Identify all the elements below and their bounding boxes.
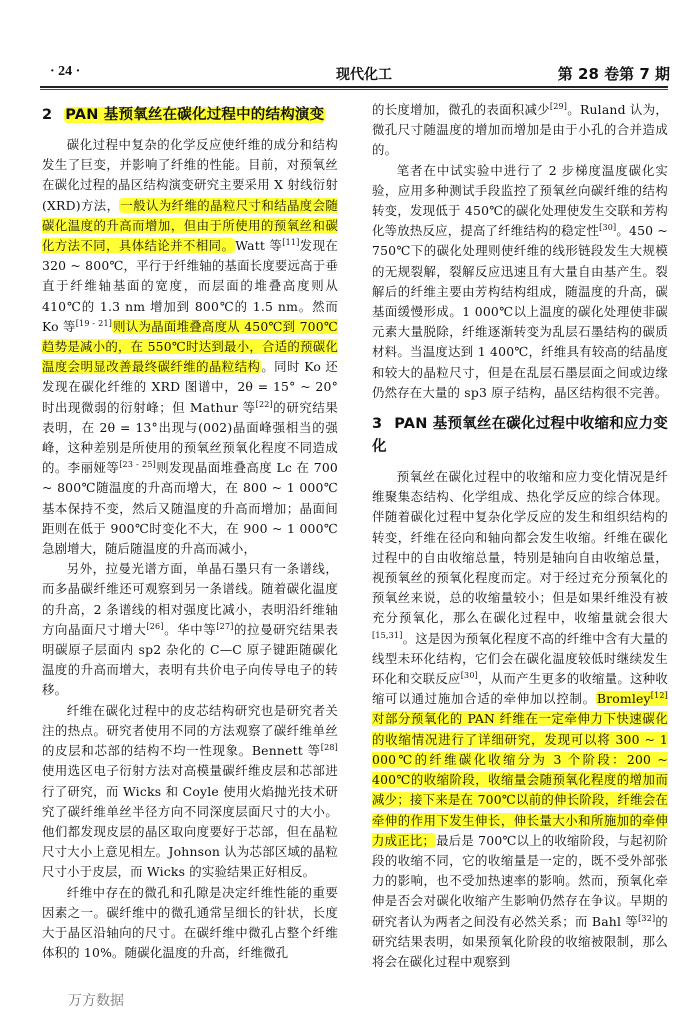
journal-title: 现代化工	[336, 64, 392, 84]
citation: [23 - 25]	[119, 460, 156, 469]
paragraph: 纤维中存在的微孔和孔隙是决定纤维性能的重要因素之一。碳纤维中的微孔通常呈细长的针…	[42, 883, 338, 964]
running-header: · 24 · 现代化工 第 28 卷第 7 期	[40, 60, 680, 84]
header-rule-thin	[40, 89, 668, 90]
paragraph: 另外，拉曼光谱方面，单晶石墨只有一条谱线，而多晶碳纤维还可观察到另一条谱线。随着…	[42, 559, 338, 700]
citation: [32]	[638, 913, 655, 922]
citation: [26]	[146, 622, 163, 631]
header-rule-thick	[40, 86, 668, 88]
paragraph: 碳化过程中复杂的化学反应使纤维的成分和结构发生了巨变，并影响了纤维的性能。目前，…	[42, 135, 338, 559]
citation: [30]	[461, 671, 478, 680]
section-2-title: PAN 基预氧丝在碳化过程中的结构演变	[64, 107, 325, 123]
page-number: · 24 ·	[50, 64, 80, 80]
citation: [19 - 21]	[76, 319, 112, 328]
watermark: 万方数据	[68, 990, 124, 1010]
journal-page: · 24 · 现代化工 第 28 卷第 7 期 2PAN 基预氧丝在碳化过程中的…	[0, 0, 700, 1022]
right-column: 的长度增加，微孔的表面积减少[29]。Ruland 认为，微孔尺寸随温度的增加而…	[372, 100, 668, 972]
citation: [11]	[282, 238, 299, 247]
paragraph: 的长度增加，微孔的表面积减少[29]。Ruland 认为，微孔尺寸随温度的增加而…	[372, 100, 668, 161]
highlight: Bromley[12]对部分预氧化的 PAN 纤维在一定牵伸力下快速碳化的收缩情…	[372, 691, 668, 847]
citation: [27]	[216, 622, 233, 631]
citation: [29]	[550, 102, 567, 111]
citation: [22]	[256, 400, 273, 409]
section-2-heading: 2PAN 基预氧丝在碳化过程中的结构演变	[42, 104, 338, 127]
section-3-title: PAN 基预氧丝在碳化过程中收缩和应力变化	[372, 416, 668, 455]
section-3-heading: 3PAN 基预氧丝在碳化过程中收缩和应力变化	[372, 413, 668, 459]
citation: [15,31]	[372, 631, 403, 640]
citation: [28]	[321, 743, 338, 752]
volume-issue: 第 28 卷第 7 期	[558, 63, 670, 84]
paragraph: 笔者在中试实验中进行了 2 步梯度温度碳化实验，应用多种测试手段监控了预氧丝向碳…	[372, 161, 668, 403]
paragraph: 纤维在碳化过程中的皮芯结构研究也是研究者关注的热点。研究者使用不同的方法观察了碳…	[42, 701, 338, 883]
citation: [12]	[651, 691, 668, 700]
left-column: 2PAN 基预氧丝在碳化过程中的结构演变 碳化过程中复杂的化学反应使纤维的成分和…	[42, 100, 338, 963]
paragraph: 预氧丝在碳化过程中的收缩和应力变化情况是纤维聚集态结构、化学组成、热化学反应的综…	[372, 467, 668, 972]
citation: [30]	[599, 223, 616, 232]
